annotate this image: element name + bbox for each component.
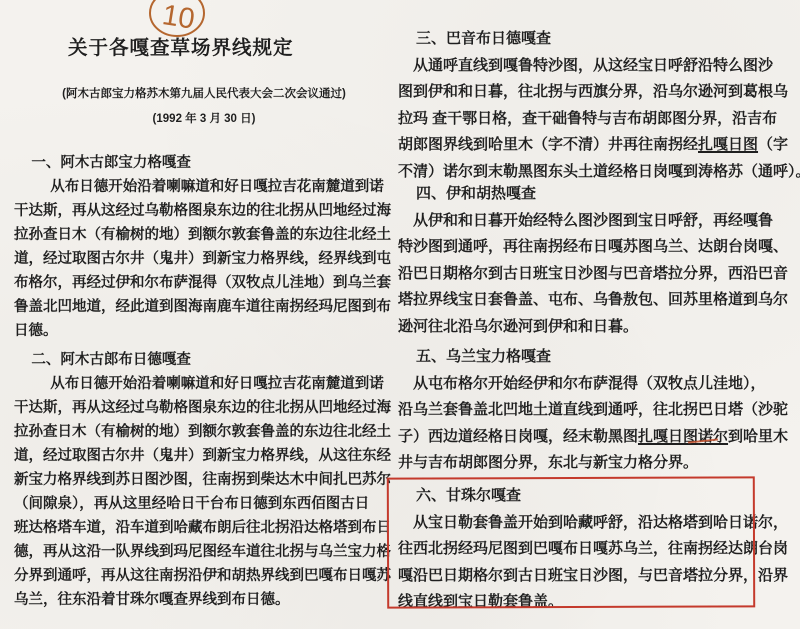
section-6: 六、甘珠尔嘎查 从宝日勒套鲁盖开始到哈藏呼舒，沿达格塔到哈日诺尔， 往西北拐经玛…: [398, 483, 800, 616]
section-4: 四、伊和胡热嘎查 从伊和和日暮开始经特么图沙图到宝日呼舒，再经嘎鲁 特沙图到通呼…: [398, 181, 800, 340]
section-3-heading: 三、巴音布日德嘎查: [398, 26, 800, 53]
section-6-heading: 六、甘珠尔嘎查: [398, 483, 800, 510]
scanned-document-page: 10 关于各嘎查草场界线规定 (阿木古郎宝力格苏木第九届人民代表大会二次会议通过…: [0, 0, 800, 629]
section-4-body: 从伊和和日暮开始经特么图沙图到宝日呼舒，再经嘎鲁 特沙图到通呼，再往南拐经布日嘎…: [398, 208, 800, 341]
section-3: 三、巴音布日德嘎查 从通呼直线到嘎鲁特沙图，从这经宝日呼舒沿特么图沙 图到伊和和…: [398, 26, 800, 185]
handwritten-number-text: 10: [160, 0, 197, 36]
section-2: 二、阿木古郎布日德嘎查 从布日德开始沿着喇嘛道和好日嘎拉吉花南麓道到诺 干达斯，…: [14, 348, 394, 612]
section-1: 一、阿木古郎宝力格嘎查 从布日德开始沿着喇嘛道和好日嘎拉吉花南麓道到诺 干达斯，…: [14, 151, 394, 343]
section-1-body: 从布日德开始沿着喇嘛道和好日嘎拉吉花南麓道到诺 干达斯，再从这经过乌勒格图泉东边…: [14, 175, 394, 343]
section-1-heading: 一、阿木古郎宝力格嘎查: [14, 151, 394, 175]
section-6-body: 从宝日勒套鲁盖开始到哈藏呼舒，沿达格塔到哈日诺尔， 往西北拐经玛尼图到巴嘎布日嘎…: [398, 510, 800, 616]
document-subtitle-approval: (阿木古郎宝力格苏木第九届人民代表大会二次会议通过): [14, 85, 394, 101]
section-2-body: 从布日德开始沿着喇嘛道和好日嘎拉吉花南麓道到诺 干达斯，再从这经过乌勒格图泉东边…: [14, 372, 394, 612]
section-5-body: 从屯布格尔开始经伊和尔布萨混得（双牧点儿洼地）， 沿乌兰套鲁盖北凹地土道直线到通…: [398, 371, 800, 477]
section-4-heading: 四、伊和胡热嘎查: [398, 181, 800, 208]
section-3-body: 从通呼直线到嘎鲁特沙图，从这经宝日呼舒沿特么图沙 图到伊和和日暮，往北拐与西旗分…: [398, 53, 800, 186]
document-subtitle-date: (1992 年 3 月 30 日): [14, 110, 394, 126]
section-2-heading: 二、阿木古郎布日德嘎查: [14, 348, 394, 372]
section-5: 五、乌兰宝力格嘎查 从屯布格尔开始经伊和尔布萨混得（双牧点儿洼地）， 沿乌兰套鲁…: [398, 344, 800, 477]
document-title: 关于各嘎查草场界线规定: [68, 32, 294, 60]
section-5-heading: 五、乌兰宝力格嘎查: [398, 344, 800, 371]
